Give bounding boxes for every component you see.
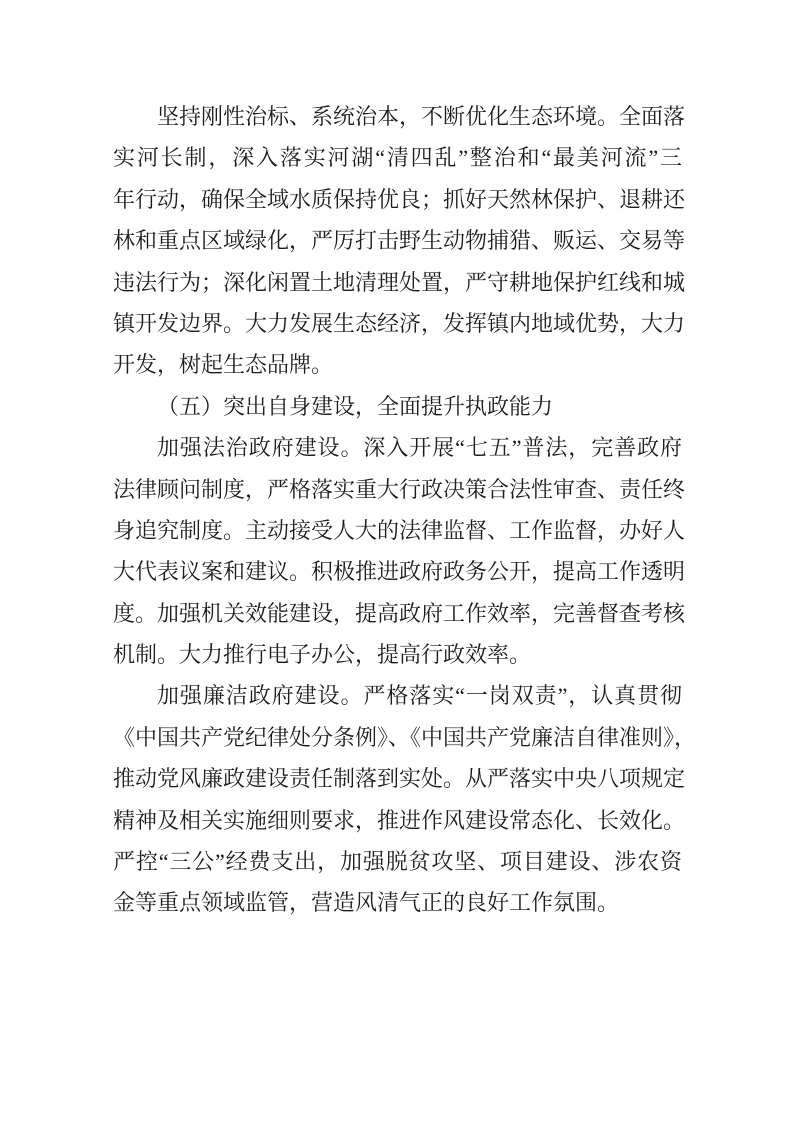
text-line: 坚持刚性治标、系统治本，不断优化生态环境。全面落 <box>113 96 682 137</box>
text-line: 违法行为；深化闲置土地清理处置，严守耕地保护红线和城 <box>113 262 682 303</box>
heading-line: （五）突出自身建设，全面提升执政能力 <box>113 386 682 427</box>
text-line: 加强法治政府建设。深入开展“七五”普法，完善政府 <box>113 427 682 468</box>
text-line: 身追究制度。主动接受人大的法律监督、工作监督，办好人 <box>113 510 682 551</box>
text-line: 年行动，确保全域水质保持优良；抓好天然林保护、退耕还 <box>113 179 682 220</box>
text-line: 推动党风廉政建设责任制落到实处。从严落实中央八项规定 <box>113 758 682 799</box>
paragraph-ecology: 坚持刚性治标、系统治本，不断优化生态环境。全面落 实河长制，深入落实河湖“清四乱… <box>113 96 682 386</box>
paragraph-clean-government: 加强廉洁政府建设。严格落实“一岗双责”，认真贯彻 《中国共产党纪律处分条例》、《… <box>113 675 682 923</box>
text-line: 林和重点区域绿化，严厉打击野生动物捕猎、贩运、交易等 <box>113 220 682 261</box>
text-line: 严控“三公”经费支出，加强脱贫攻坚、项目建设、涉农资 <box>113 841 682 882</box>
text-line: 实河长制，深入落实河湖“清四乱”整治和“最美河流”三 <box>113 137 682 178</box>
text-line: 金等重点领域监管，营造风清气正的良好工作氛围。 <box>113 882 682 923</box>
text-line: 开发，树起生态品牌。 <box>113 344 682 385</box>
text-line: 法律顾问制度，严格落实重大行政决策合法性审查、责任终 <box>113 469 682 510</box>
text-line: 加强廉洁政府建设。严格落实“一岗双责”，认真贯彻 <box>113 675 682 716</box>
text-line: 大代表议案和建议。积极推进政府政务公开，提高工作透明 <box>113 551 682 592</box>
document-text-block: 坚持刚性治标、系统治本，不断优化生态环境。全面落 实河长制，深入落实河湖“清四乱… <box>113 96 682 924</box>
text-line: 《中国共产党纪律处分条例》、《中国共产党廉洁自律准则》， <box>113 717 682 758</box>
text-line: 镇开发边界。大力发展生态经济，发挥镇内地域优势，大力 <box>113 303 682 344</box>
paragraph-law-government: 加强法治政府建设。深入开展“七五”普法，完善政府 法律顾问制度，严格落实重大行政… <box>113 427 682 675</box>
section-heading-5: （五）突出自身建设，全面提升执政能力 <box>113 386 682 427</box>
text-line: 度。加强机关效能建设，提高政府工作效率，完善督查考核 <box>113 593 682 634</box>
text-line: 精神及相关实施细则要求，推进作风建设常态化、长效化。 <box>113 800 682 841</box>
text-line: 机制。大力推行电子办公，提高行政效率。 <box>113 634 682 675</box>
document-page: 坚持刚性治标、系统治本，不断优化生态环境。全面落 实河长制，深入落实河湖“清四乱… <box>0 0 793 1122</box>
